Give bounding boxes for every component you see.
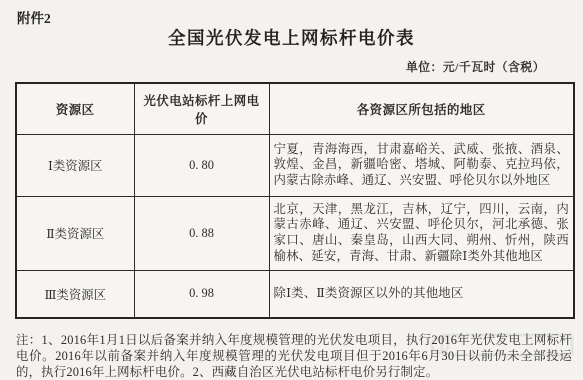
regions-cell: 除Ⅰ类、Ⅱ类资源区以外的其他地区 xyxy=(269,270,574,318)
unit-label: 单位：元/千瓦时（含税） xyxy=(406,58,545,75)
table-header-row: 资源区 光伏电站标杆上网电价 各资源区所包括的地区 xyxy=(16,83,574,134)
header-cell-price: 光伏电站标杆上网电价 xyxy=(134,83,269,134)
zone-cell: Ⅲ类资源区 xyxy=(16,270,134,318)
price-cell: 0. 88 xyxy=(134,196,269,270)
table-row: Ⅰ类资源区 0. 80 宁夏，青海海西，甘肃嘉峪关、武威、张掖、酒泉、敦煌、金昌… xyxy=(16,134,574,196)
zone-cell: Ⅰ类资源区 xyxy=(16,134,134,196)
header-cell-regions: 各资源区所包括的地区 xyxy=(269,83,574,134)
header-cell-zone: 资源区 xyxy=(16,83,134,134)
footnote-prefix: 注： xyxy=(16,333,42,347)
attachment-label: 附件2 xyxy=(17,7,51,27)
zone-cell: Ⅱ类资源区 xyxy=(16,196,134,270)
page-title: 全国光伏发电上网标杆电价表 xyxy=(0,25,583,50)
footnotes: 注：1、2016年1月1日以后备案并纳入年度规模管理的光伏发电项目，执行2016… xyxy=(16,333,572,380)
price-cell: 0. 80 xyxy=(134,134,269,196)
regions-cell: 北京，天津，黑龙江，吉林，辽宁，四川，云南，内蒙古赤峰、通辽、兴安盟、呼伦贝尔，… xyxy=(269,196,574,270)
price-cell: 0. 98 xyxy=(134,270,269,318)
tariff-table: 资源区 光伏电站标杆上网电价 各资源区所包括的地区 Ⅰ类资源区 0. 80 宁夏… xyxy=(15,82,575,319)
table-row: Ⅲ类资源区 0. 98 除Ⅰ类、Ⅱ类资源区以外的其他地区 xyxy=(16,270,574,318)
regions-cell: 宁夏，青海海西，甘肃嘉峪关、武威、张掖、酒泉、敦煌、金昌，新疆哈密、塔城、阿勒泰… xyxy=(269,134,574,196)
document-page: 附件2 全国光伏发电上网标杆电价表 单位：元/千瓦时（含税） 资源区 光伏电站标… xyxy=(0,0,583,380)
table-row: Ⅱ类资源区 0. 88 北京，天津，黑龙江，吉林，辽宁，四川，云南，内蒙古赤峰、… xyxy=(16,196,574,270)
footnote-item-2: 2、西藏自治区光伏电站标杆电价另行制定。 xyxy=(193,365,439,379)
